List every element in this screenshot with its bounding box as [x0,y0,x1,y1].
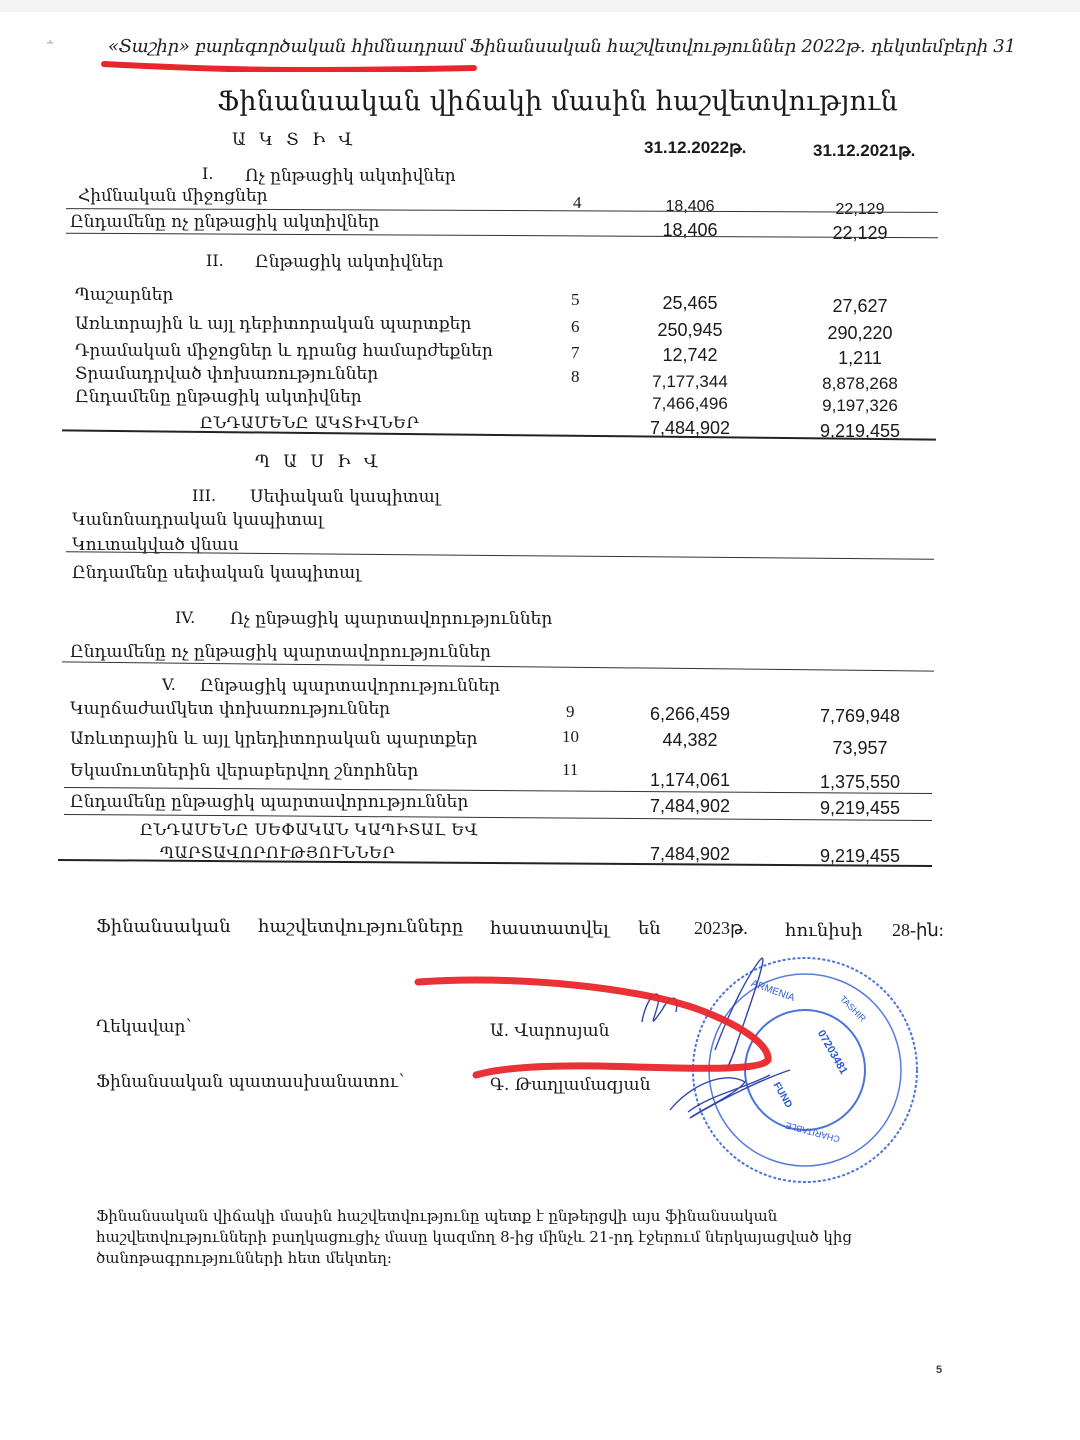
value-prior: 27,627 [790,296,930,317]
director-name: Ա. Վարոսյան [490,1021,609,1041]
row-label: Կանոնադրական կապիտալ [72,510,323,530]
row-note: 8 [571,367,580,387]
approval-word: հաշվետվությունները [258,916,463,937]
approval-word: հաստատվել [490,918,609,939]
value-prior: 73,957 [790,738,930,759]
value-prior-total: 22,129 [790,223,930,244]
row-label: Եկամուտներին վերաբերվող շնորհներ [70,761,418,781]
total-equity-liabilities-current: 7,484,902 [620,844,760,865]
row-label-total: Ընդամենը ընթացիկ ակտիվներ [75,387,362,407]
scan-top-edge [0,0,1080,12]
section-title-noncurrent-assets: Ոչ ընթացիկ ակտիվներ [245,166,456,186]
section-title-noncurrent-liabilities: Ոչ ընթացիկ պարտավորություններ [230,609,552,629]
value-current: 18,406 [620,198,760,216]
value-prior-total: 9,197,326 [790,396,930,416]
signature-icon [642,958,790,1118]
value-current-total: 18,406 [620,220,760,241]
svg-text:CHARITABLE: CHARITABLE [784,1120,841,1144]
row-note: 10 [562,727,579,747]
row-label-total: Ընդամենը ոչ ընթացիկ ակտիվներ [70,212,379,232]
row-label: Կարճաժամկետ փոխառություններ [70,699,390,719]
official-stamp-icon: ARMENIA TASHIR 07203481 FUND CHARITABLE [693,958,917,1182]
row-label: Առևտրային և այլ դեբիտորական պարտքեր [75,314,471,334]
value-prior: 22,129 [790,201,930,219]
section-title-current-liabilities: Ընթացիկ պարտավորություններ [200,676,500,696]
row-note: 5 [571,290,580,310]
row-label: Առևտրային և այլ կրեդիտորական պարտքեր [70,729,477,749]
scan-speck: ∸ [46,38,54,49]
finance-officer-name: Գ. Թաղլամազյան [490,1075,651,1095]
page-number: 5 [936,1364,942,1376]
column-date-prior: 31.12.2021թ. [813,141,915,161]
row-label: Դրամական միջոցներ և դրանց համարժեքներ [75,341,493,361]
column-date-current: 31.12.2022թ. [644,138,746,158]
row-label-total: Ընդամենը ընթացիկ պարտավորություններ [70,792,468,812]
page-title: Ֆինանսական վիճակի մասին հաշվետվություն [217,86,898,117]
row-note: 9 [566,702,575,722]
value-current-total: 7,466,496 [620,394,760,414]
row-label: Պաշարներ [75,285,173,305]
section-title-equity: Սեփական կապիտալ [250,487,440,507]
finance-officer-role: Ֆինանսական պատասխանատու՝ [96,1072,404,1092]
director-role: Ղեկավար՝ [96,1017,192,1037]
section-title-current-assets: Ընթացիկ ակտիվներ [255,252,444,272]
footnote: Ֆինանսական վիճակի մասին հաշվետվությունը … [96,1206,916,1269]
svg-text:TASHIR: TASHIR [838,994,868,1024]
value-current: 44,382 [620,730,760,751]
svg-text:ARMENIA: ARMENIA [750,978,797,1004]
row-label-total: Ընդամենը ոչ ընթացիկ պարտավորություններ [70,642,491,662]
row-note: 7 [571,343,580,363]
value-current: 250,945 [620,320,760,341]
row-label: Հիմնական միջոցներ [78,186,268,206]
section-number: II. [206,251,224,270]
section-number: V. [162,675,176,694]
section-number: IV. [175,608,195,627]
section-number: I. [202,164,213,183]
approval-date-year: 2023թ. [694,918,748,939]
svg-text:FUND: FUND [771,1081,794,1111]
rule [62,661,934,671]
row-label-total: Ընդամենը սեփական կապիտալ [72,563,360,583]
svg-text:07203481: 07203481 [815,1028,850,1076]
value-current: 6,266,459 [620,704,760,725]
approval-word: են [638,918,661,939]
value-prior: 8,878,268 [790,374,930,394]
total-assets-label: ԸՆԴԱՄԵՆԸ ԱԿՏԻՎՆԵՐ [200,413,419,432]
rule [66,551,934,560]
value-prior: 1,375,550 [790,772,930,793]
value-current: 12,742 [620,345,760,366]
value-prior: 1,211 [790,348,930,369]
value-current: 7,177,344 [620,372,760,392]
value-prior: 290,220 [790,323,930,344]
approval-word: հունիսի [785,920,863,941]
red-marker-underline [100,60,478,72]
row-note: 11 [562,760,578,780]
total-equity-liabilities-label-1: ԸՆԴԱՄԵՆԸ ՍԵՓԱԿԱՆ ԿԱՊԻՏԱԼ ԵՎ [140,820,478,839]
approval-word: Ֆինանսական [96,916,231,937]
assets-heading: Ա Կ Տ Ի Վ [232,130,356,150]
value-current-total: 7,484,902 [620,796,760,817]
row-note: 6 [571,317,580,337]
value-current: 25,465 [620,293,760,314]
liabilities-heading: Պ Ա Ս Ի Վ [255,452,382,472]
approval-date-day: 28-ին: [892,920,944,941]
document-header: «Տաշիր» բարեգործական հիմնադրամ Ֆինանսակա… [108,36,1016,57]
row-label: Տրամադրված փոխառություններ [75,364,378,384]
section-number: III. [192,486,216,505]
value-prior-total: 9,219,455 [790,798,930,819]
value-prior: 7,769,948 [790,706,930,727]
value-current: 1,174,061 [620,770,760,791]
